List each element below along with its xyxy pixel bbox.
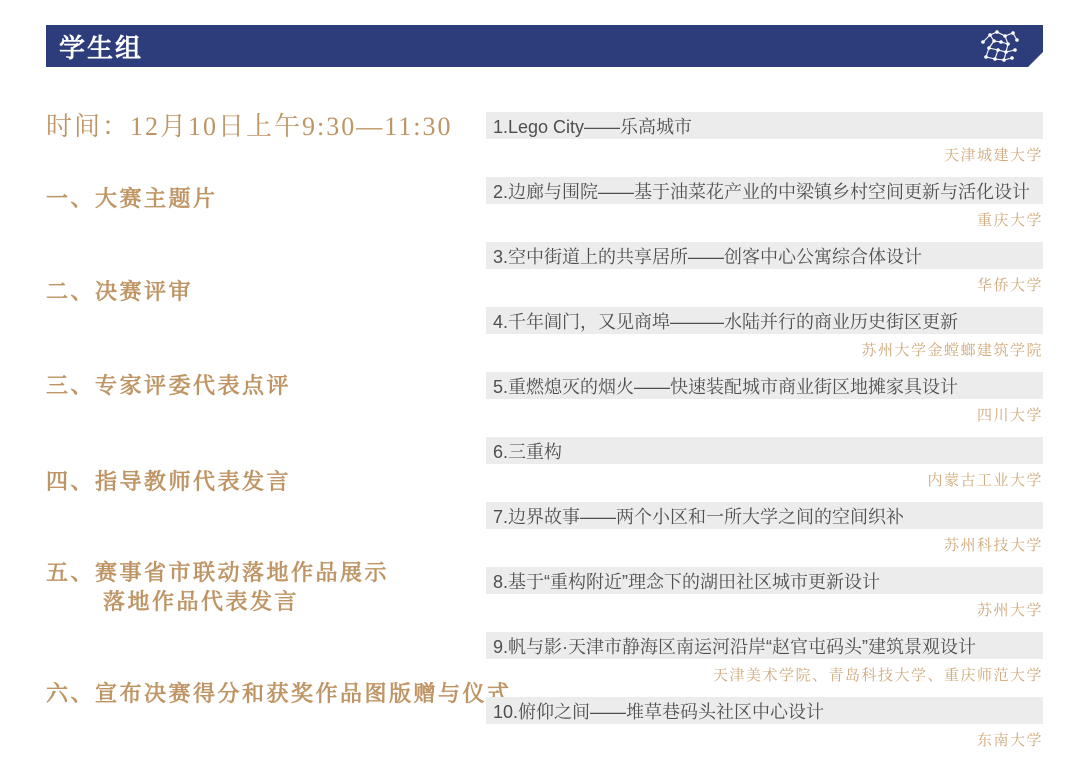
- work-title: 6.三重构: [486, 437, 1043, 464]
- page: 学生组: [0, 0, 1080, 773]
- agenda-item-2: 二、决赛评审: [46, 277, 193, 306]
- work-university: 四川大学: [486, 404, 1043, 425]
- time-label: 时间：12月10日上午9:30—11:30: [46, 106, 452, 143]
- work-title: 8.基于“重构附近”理念下的湖田社区城市更新设计: [486, 567, 1043, 594]
- work-item: 10.俯仰之间——堆草巷码头社区中心设计 东南大学: [486, 697, 1043, 762]
- work-title: 2.边廊与围院——基于油菜花产业的中梁镇乡村空间更新与活化设计: [486, 177, 1043, 204]
- work-item: 3.空中街道上的共享居所——创客中心公寓综合体设计 华侨大学: [486, 242, 1043, 307]
- work-item: 9.帆与影·天津市静海区南运河沿岸“赵官屯码头”建筑景观设计 天津美术学院、青岛…: [486, 632, 1043, 697]
- agenda-item-4: 四、指导教师代表发言: [46, 467, 291, 496]
- work-title: 5.重燃熄灭的烟火——快速装配城市商业街区地摊家具设计: [486, 372, 1043, 399]
- agenda-item-5-line1: 五、赛事省市联动落地作品展示: [46, 558, 389, 587]
- work-university: 内蒙古工业大学: [486, 469, 1043, 490]
- work-item: 2.边廊与围院——基于油菜花产业的中梁镇乡村空间更新与活化设计 重庆大学: [486, 177, 1043, 242]
- agenda-item-3: 三、专家评委代表点评: [46, 371, 291, 400]
- work-item: 8.基于“重构附近”理念下的湖田社区城市更新设计 苏州大学: [486, 567, 1043, 632]
- work-university: 苏州大学: [486, 599, 1043, 620]
- agenda-panel: 时间：12月10日上午9:30—11:30 一、大赛主题片 二、决赛评审 三、专…: [46, 0, 476, 773]
- agenda-item-1: 一、大赛主题片: [46, 184, 218, 213]
- work-title: 7.边界故事——两个小区和一所大学之间的空间织补: [486, 502, 1043, 529]
- work-university: 重庆大学: [486, 209, 1043, 230]
- work-university: 天津美术学院、青岛科技大学、重庆师范大学: [486, 664, 1043, 685]
- work-title: 4.千年阊门，又见商埠———水陆并行的商业历史街区更新: [486, 307, 1043, 334]
- work-item: 6.三重构 内蒙古工业大学: [486, 437, 1043, 502]
- works-list: 1.Lego City——乐高城市 天津城建大学 2.边廊与围院——基于油菜花产…: [486, 112, 1043, 762]
- work-title: 10.俯仰之间——堆草巷码头社区中心设计: [486, 697, 1043, 724]
- work-title: 9.帆与影·天津市静海区南运河沿岸“赵官屯码头”建筑景观设计: [486, 632, 1043, 659]
- agenda-item-5-line2: 落地作品代表发言: [46, 587, 389, 616]
- work-item: 7.边界故事——两个小区和一所大学之间的空间织补 苏州科技大学: [486, 502, 1043, 567]
- agenda-item-5: 五、赛事省市联动落地作品展示 落地作品代表发言: [46, 558, 389, 616]
- network-constellation-icon: [977, 28, 1021, 64]
- work-item: 5.重燃熄灭的烟火——快速装配城市商业街区地摊家具设计 四川大学: [486, 372, 1043, 437]
- work-title: 3.空中街道上的共享居所——创客中心公寓综合体设计: [486, 242, 1043, 269]
- work-university: 华侨大学: [486, 274, 1043, 295]
- work-university: 天津城建大学: [486, 144, 1043, 165]
- work-university: 苏州大学金螳螂建筑学院: [486, 339, 1043, 360]
- work-university: 苏州科技大学: [486, 534, 1043, 555]
- agenda-item-6: 六、宣布决赛得分和获奖作品图版赠与仪式: [46, 679, 512, 708]
- work-title: 1.Lego City——乐高城市: [486, 112, 1043, 139]
- work-item: 1.Lego City——乐高城市 天津城建大学: [486, 112, 1043, 177]
- work-university: 东南大学: [486, 729, 1043, 750]
- work-item: 4.千年阊门，又见商埠———水陆并行的商业历史街区更新 苏州大学金螳螂建筑学院: [486, 307, 1043, 372]
